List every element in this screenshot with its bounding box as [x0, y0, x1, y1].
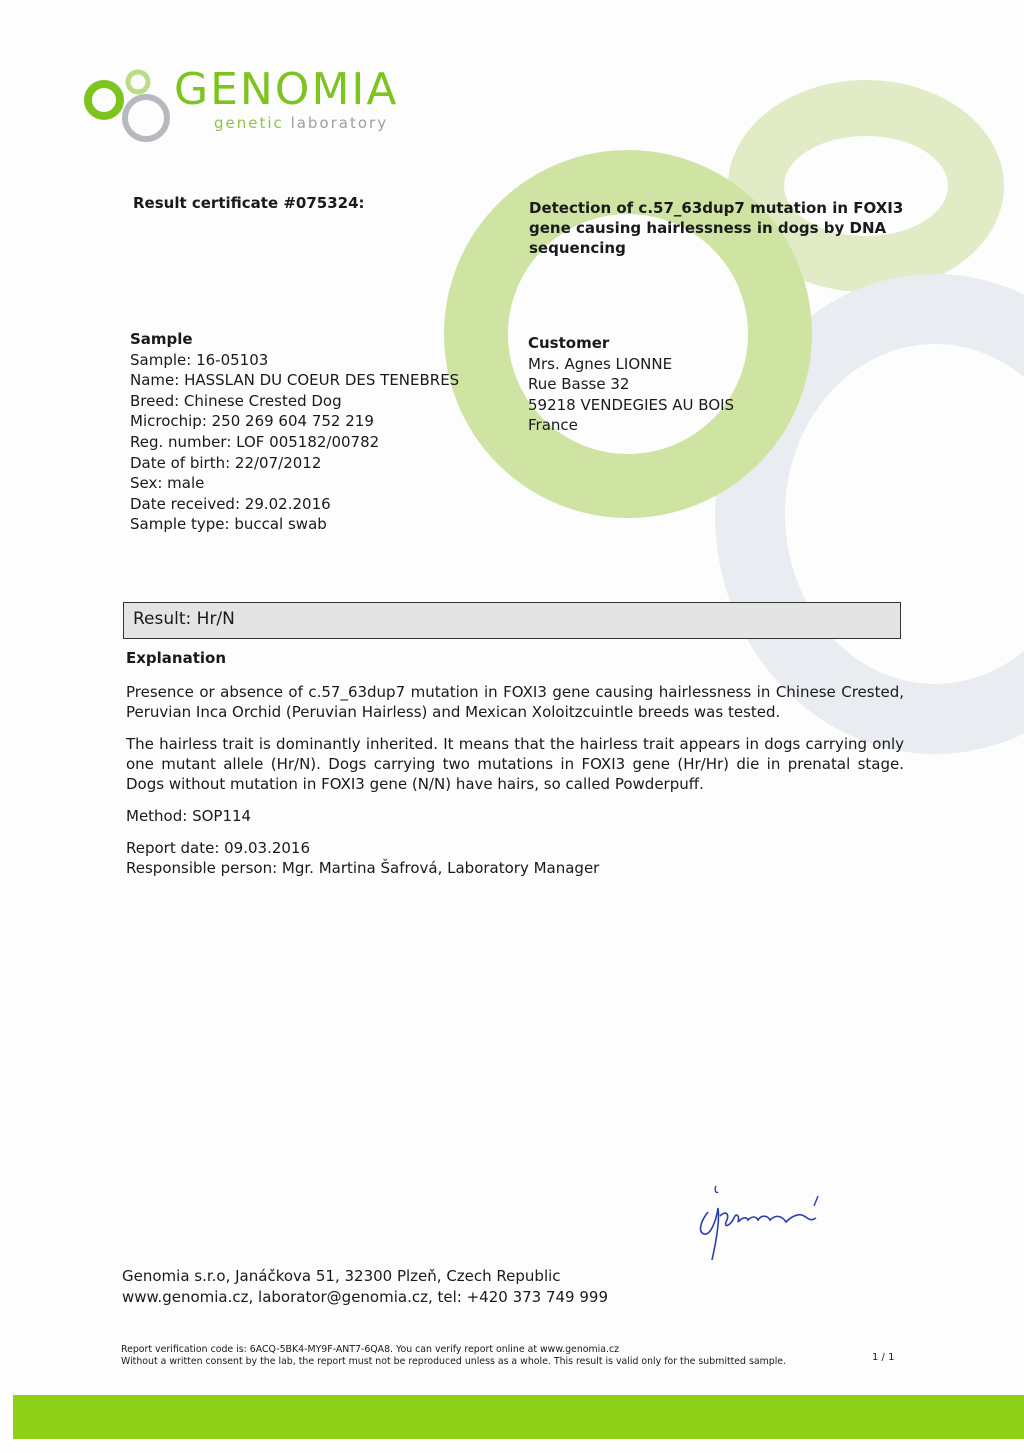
- logo-rings-icon: [82, 66, 182, 146]
- dog-name: Name: HASSLAN DU COEUR DES TENEBRES: [130, 370, 459, 391]
- tagline-laboratory: laboratory: [291, 114, 389, 132]
- page-number: 1 / 1: [872, 1352, 894, 1363]
- microchip: Microchip: 250 269 604 752 219: [130, 411, 459, 432]
- company-info: Genomia s.r.o, Janáčkova 51, 32300 Plzeň…: [122, 1266, 608, 1308]
- customer-street: Rue Basse 32: [528, 374, 734, 395]
- fineprint: Report verification code is: 6ACQ-5BK4-M…: [121, 1344, 786, 1368]
- footer-green-bar: [13, 1395, 1024, 1439]
- brand-tagline: genetic laboratory: [214, 116, 388, 131]
- responsible-person: Responsible person: Mgr. Martina Šafrová…: [126, 858, 904, 878]
- sample-id: Sample: 16-05103: [130, 350, 459, 371]
- verification-code: Report verification code is: 6ACQ-5BK4-M…: [121, 1344, 786, 1356]
- dog-breed: Breed: Chinese Crested Dog: [130, 391, 459, 412]
- customer-country: France: [528, 415, 734, 436]
- brand-name: GENOMIA: [174, 68, 398, 112]
- date-of-birth: Date of birth: 22/07/2012: [130, 453, 459, 474]
- explanation-section: Explanation Presence or absence of c.57_…: [126, 648, 904, 878]
- method: Method: SOP114: [126, 806, 904, 826]
- customer-info: Customer Mrs. Agnes LIONNE Rue Basse 32 …: [528, 333, 734, 436]
- customer-heading: Customer: [528, 333, 734, 354]
- date-received: Date received: 29.02.2016: [130, 494, 459, 515]
- customer-name: Mrs. Agnes LIONNE: [528, 354, 734, 375]
- customer-city: 59218 VENDEGIES AU BOIS: [528, 395, 734, 416]
- decorative-ring-light-green: [728, 80, 1004, 292]
- certificate-title: Result certificate #075324:: [133, 194, 365, 212]
- company-address: Genomia s.r.o, Janáčkova 51, 32300 Plzeň…: [122, 1266, 608, 1287]
- report-date: Report date: 09.03.2016: [126, 838, 904, 858]
- disclaimer: Without a written consent by the lab, th…: [121, 1356, 786, 1368]
- sex: Sex: male: [130, 473, 459, 494]
- registration-number: Reg. number: LOF 005182/00782: [130, 432, 459, 453]
- explanation-heading: Explanation: [126, 648, 904, 668]
- genomia-logo: GENOMIA genetic laboratory: [82, 66, 442, 146]
- company-contacts: www.genomia.cz, laborator@genomia.cz, te…: [122, 1287, 608, 1308]
- sample-heading: Sample: [130, 329, 459, 350]
- explanation-paragraph-1: Presence or absence of c.57_63dup7 mutat…: [126, 682, 904, 722]
- result-value: Result: Hr/N: [133, 609, 235, 629]
- tagline-genetic: genetic: [214, 114, 284, 132]
- sample-info: Sample Sample: 16-05103 Name: HASSLAN DU…: [130, 329, 459, 535]
- result-box: Result: Hr/N: [123, 602, 901, 639]
- signature-icon: [690, 1172, 870, 1262]
- sample-type: Sample type: buccal swab: [130, 514, 459, 535]
- test-title: Detection of c.57_63dup7 mutation in FOX…: [529, 198, 909, 258]
- explanation-paragraph-2: The hairless trait is dominantly inherit…: [126, 734, 904, 794]
